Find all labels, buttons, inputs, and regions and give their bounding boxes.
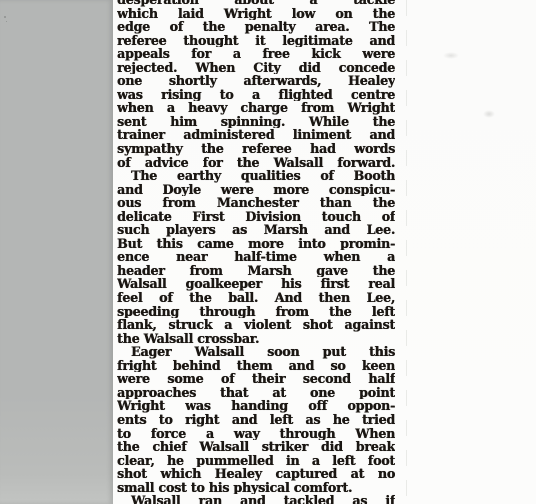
article-line: The earthy qualities of Booth: [117, 169, 395, 183]
dust-speck: [4, 16, 6, 18]
article-line: of advice for the Walsall forward.: [117, 156, 395, 170]
article-line: Wright was handing off oppon-: [117, 399, 395, 413]
article-line: sympathy the referee had words: [117, 142, 395, 156]
article-line: when a heavy charge from Wright: [117, 101, 395, 115]
article-line: trainer administered liniment and: [117, 128, 395, 142]
column-rule: [406, 0, 407, 504]
article-line: such players as Marsh and Lee.: [117, 223, 395, 237]
article-line: clear, he pummelled in a left foot: [117, 454, 395, 468]
article-column: desperation about a tacklewhich laid Wri…: [117, 0, 395, 504]
article-line: approaches that at one point: [117, 386, 395, 400]
article-line: the chief Walsall striker did break: [117, 440, 395, 454]
newspaper-page: desperation about a tacklewhich laid Wri…: [113, 0, 536, 504]
article-line: which laid Wright low on the: [117, 7, 395, 21]
article-line: ents to right and left as he tried: [117, 413, 395, 427]
article-line: the Walsall crossbar.: [117, 332, 395, 346]
article-line: sent him spinning. While the: [117, 115, 395, 129]
article-line: appeals for a free kick were: [117, 47, 395, 61]
article-line: one shortly afterwards, Healey: [117, 74, 395, 88]
article-line: shot which Healey captured at no: [117, 467, 395, 481]
article-line: speeding through from the left: [117, 305, 395, 319]
article-line: was rising to a flighted centre: [117, 88, 395, 102]
paper-smudge: [483, 110, 495, 118]
article-line: were some of their second half: [117, 372, 395, 386]
article-line: ence near half-time when a: [117, 250, 395, 264]
scan-left-margin: [0, 0, 113, 504]
article-line: and Doyle were more conspicu-: [117, 183, 395, 197]
article-line: referee thought it legitimate and: [117, 34, 395, 48]
article-line: feel of the ball. And then Lee,: [117, 291, 395, 305]
article-line: header from Marsh gave the: [117, 264, 395, 278]
newspaper-scan: desperation about a tacklewhich laid Wri…: [0, 0, 536, 504]
dust-speck: [6, 21, 7, 22]
article-line: But this came more into promin-: [117, 237, 395, 251]
article-line: ous from Manchester than the: [117, 196, 395, 210]
article-line: Walsall ran and tackled as if: [117, 494, 395, 504]
article-line: edge of the penalty area. The: [117, 20, 395, 34]
article-line: rejected. When City did concede: [117, 61, 395, 75]
article-line: to force a way through When: [117, 427, 395, 441]
article-line: small cost to his physical comfort.: [117, 481, 395, 495]
article-line: flank, struck a violent shot against: [117, 318, 395, 332]
paper-smudge: [443, 52, 459, 59]
article-line: Walsall goalkeeper his first real: [117, 277, 395, 291]
article-line: fright behind them and so keen: [117, 359, 395, 373]
article-line: Eager Walsall soon put this: [117, 345, 395, 359]
article-line: delicate First Division touch of: [117, 210, 395, 224]
